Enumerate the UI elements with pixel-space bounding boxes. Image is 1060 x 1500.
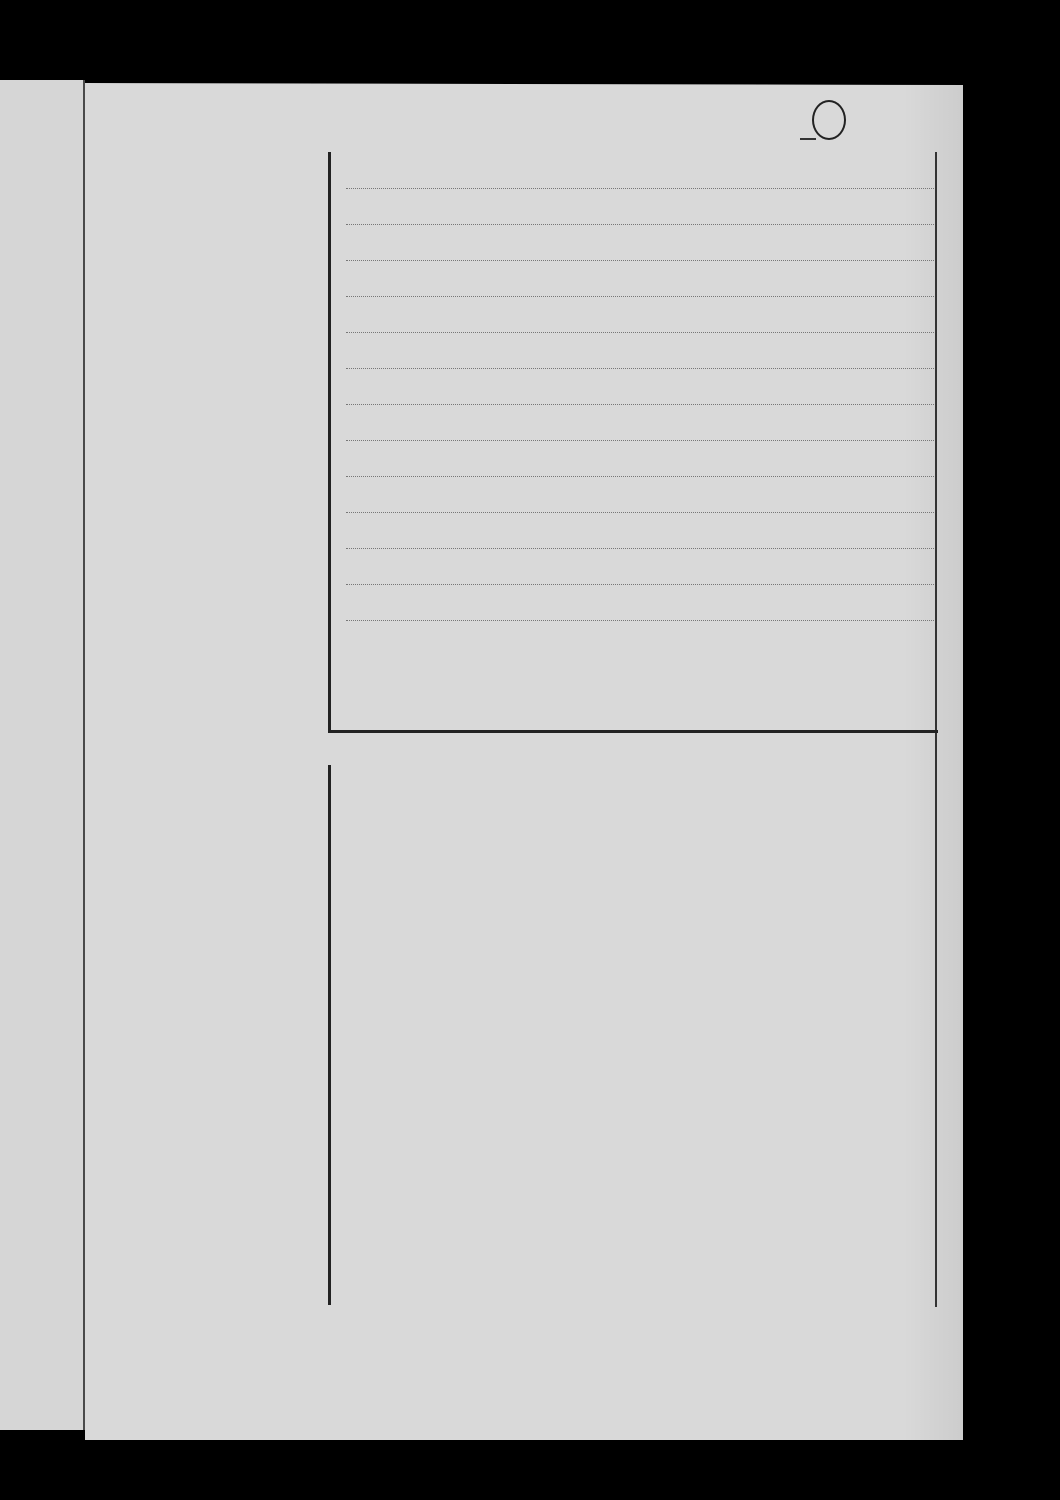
text-line (346, 440, 934, 477)
form-row-sacraments (346, 332, 934, 369)
margin-rule (328, 765, 331, 1305)
text-line (346, 512, 934, 549)
form-row-date (346, 152, 934, 189)
entry-separator (328, 730, 938, 733)
text-line (346, 476, 934, 513)
form-row-municipality (346, 260, 934, 297)
text-line (346, 584, 934, 621)
form-row-sex (346, 368, 934, 405)
left-page-edge (0, 80, 83, 1430)
form-row-diocese (346, 296, 934, 333)
blank-line (346, 620, 934, 621)
page-number (812, 100, 846, 140)
book-spine (83, 80, 85, 1430)
form-row-year (346, 188, 934, 225)
rubric-signature (800, 138, 816, 140)
form-row-name (346, 404, 934, 441)
form-row-place (346, 224, 934, 261)
text-line (346, 548, 934, 585)
margin-rule (328, 152, 331, 730)
